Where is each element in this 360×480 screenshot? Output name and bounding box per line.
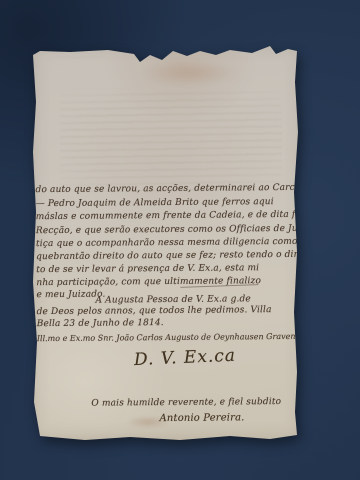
letter-line: tiça que o acompanharão nessa mesma dili… xyxy=(36,237,298,249)
letter-line: to de se vir levar á presença de V. Ex.a… xyxy=(36,263,259,275)
letter-salutation: Ill.mo e Ex.mo Snr. João Carlos Augusto … xyxy=(37,332,318,343)
letter-line: A Augusta Pessoa de V. Ex.a g.de xyxy=(95,294,250,305)
manuscript-paper: do auto que se lavrou, as acções, determ… xyxy=(30,42,304,442)
letter-line: — Pedro Joaquim de Almeida Brito que fer… xyxy=(36,197,274,209)
letter-line: de Deos pelos annos, que todos lhe pedim… xyxy=(37,305,272,317)
letter-line: máslas e comummente em frente da Cadeia,… xyxy=(36,210,304,222)
letter-line: Recção, e que serão executores como os O… xyxy=(36,224,303,236)
letter-line-date: Bella 23 de Junho de 1814. xyxy=(37,318,164,329)
letter-closing: O mais humilde reverente, e fiel subdito xyxy=(91,397,281,409)
letter-signature: Antonio Pereira. xyxy=(159,412,244,424)
manuscript-paper-shadow: do auto que se lavrou, as acções, determ… xyxy=(0,0,360,480)
letter-text: do auto que se lavrou, as acções, determ… xyxy=(28,41,305,443)
letter-line: nha participação, com que ultimamente fi… xyxy=(36,276,261,288)
letter-line: quebrantão direito do auto que se fez; r… xyxy=(36,250,306,262)
letter-formula: D. V. Ex.ca xyxy=(134,346,237,370)
letter-line: do auto que se lavrou, as acções, determ… xyxy=(35,183,323,196)
